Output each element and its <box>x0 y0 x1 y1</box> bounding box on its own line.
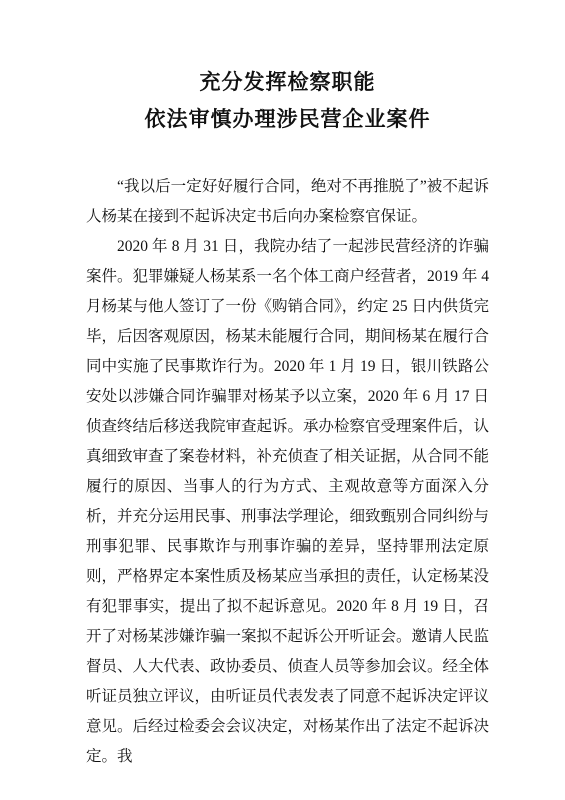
document-title: 充分发挥检察职能 依法审慎办理涉民营企业案件 <box>86 64 489 138</box>
document-page: 充分发挥检察职能 依法审慎办理涉民营企业案件 “我以后一定好好履行合同，绝对不再… <box>0 0 565 800</box>
title-line-2: 依法审慎办理涉民营企业案件 <box>86 101 489 138</box>
paragraph-case-narrative: 2020 年 8 月 31 日，我院办结了一起涉民营经济的诈骗案件。犯罪嫌疑人杨… <box>86 232 489 772</box>
title-line-1: 充分发挥检察职能 <box>86 64 489 101</box>
document-body: “我以后一定好好履行合同，绝对不再推脱了”被不起诉人杨某在接到不起诉决定书后向办… <box>86 172 489 772</box>
paragraph-quote: “我以后一定好好履行合同，绝对不再推脱了”被不起诉人杨某在接到不起诉决定书后向办… <box>86 172 489 232</box>
